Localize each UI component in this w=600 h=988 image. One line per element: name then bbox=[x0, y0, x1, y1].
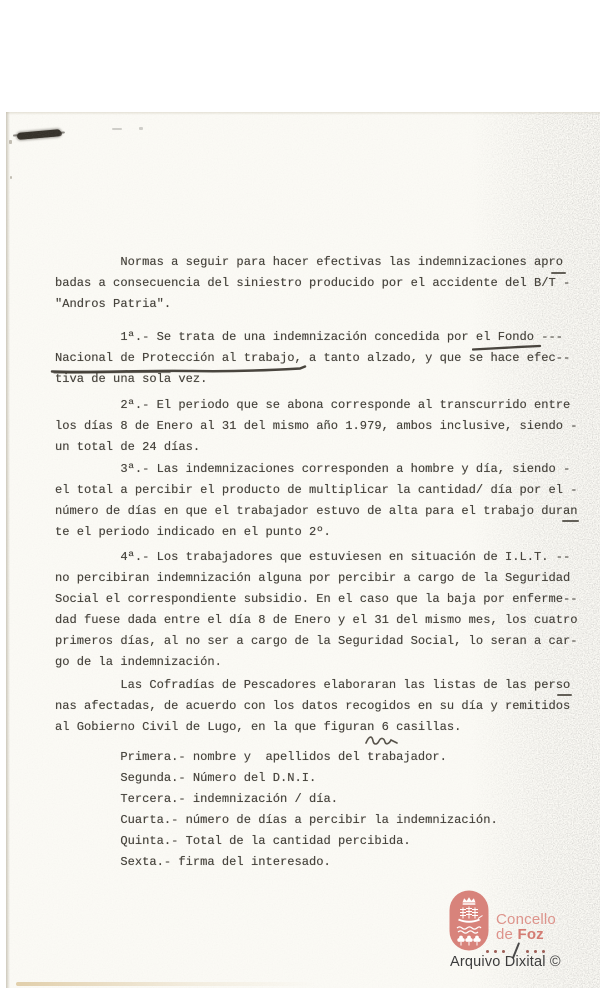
document-line: 3ª.- Las indemnizaciones corresponden a … bbox=[55, 459, 578, 480]
document-paragraph: Primera.- nombre y apellidos del trabaja… bbox=[55, 747, 578, 873]
document-paragraph: 1ª.- Se trata de una indemnización conce… bbox=[55, 327, 578, 390]
document-line: no percibiran indemnización alguna por p… bbox=[55, 568, 578, 589]
org-name-line2: de Foz bbox=[496, 927, 556, 942]
document-line: badas a consecuencia del siniestro produ… bbox=[55, 273, 578, 294]
ink-underline-nacional bbox=[50, 364, 308, 376]
document-paragraph: Normas a seguir para hacer efectivas las… bbox=[55, 252, 578, 315]
document-line: Tercera.- indemnización / día. bbox=[55, 789, 578, 810]
paper-left-edge bbox=[6, 112, 10, 988]
document-line: Normas a seguir para hacer efectivas las… bbox=[55, 252, 578, 273]
document-line: nas afectadas, de acuerdo con los datos … bbox=[55, 696, 578, 717]
ink-underline-fondo bbox=[472, 344, 542, 352]
document-line: 4ª.- Los trabajadores que estuviesen en … bbox=[55, 547, 578, 568]
document-line: te el periodo indicado en el punto 2º. bbox=[55, 522, 578, 543]
document-paragraph: 2ª.- El periodo que se abona corresponde… bbox=[55, 395, 578, 458]
edge-speck bbox=[10, 176, 12, 179]
faint-smudge bbox=[112, 128, 122, 130]
document-paragraph: 4ª.- Los trabajadores que estuviesen en … bbox=[55, 547, 578, 673]
hyphenation-underscore bbox=[557, 694, 572, 696]
document-line: número de días en que el trabajador estu… bbox=[55, 501, 578, 522]
handwritten-scribble bbox=[364, 733, 400, 749]
document-line: los días 8 de Enero al 31 del mismo año … bbox=[55, 416, 578, 437]
document-line: el total a percibir el producto de multi… bbox=[55, 480, 578, 501]
org-name-line1: Concello bbox=[496, 912, 556, 927]
document-line: Social el correspondiente subsidio. En e… bbox=[55, 589, 578, 610]
document-line: Cuarta.- número de días a percibir la in… bbox=[55, 810, 578, 831]
concello-foz-crest-icon bbox=[449, 890, 489, 951]
paper-top-edge bbox=[6, 112, 600, 115]
archive-watermark: Concello de Foz Arquivo Dixital © bbox=[446, 888, 596, 978]
document-line: Las Cofradías de Pescadores elaboraran l… bbox=[55, 675, 578, 696]
org-name: Concello de Foz bbox=[496, 912, 556, 942]
document-line: Primera.- nombre y apellidos del trabaja… bbox=[55, 747, 578, 768]
document-line: Sexta.- firma del interesado. bbox=[55, 852, 578, 873]
document-line: Segunda.- Número del D.N.I. bbox=[55, 768, 578, 789]
scanned-document-page: Normas a seguir para hacer efectivas las… bbox=[0, 0, 600, 988]
document-line: Quinta.- Total de la cantidad percibida. bbox=[55, 831, 578, 852]
document-line: al Gobierno Civil de Lugo, en la que fig… bbox=[55, 717, 578, 738]
paper-bottom-edge bbox=[16, 982, 316, 986]
document-line: "Andros Patria". bbox=[55, 294, 578, 315]
document-paragraph: Las Cofradías de Pescadores elaboraran l… bbox=[55, 675, 578, 738]
document-line: primeros días, al no ser a cargo de la S… bbox=[55, 631, 578, 652]
document-line: 2ª.- El periodo que se abona corresponde… bbox=[55, 395, 578, 416]
hyphenation-underscore bbox=[551, 272, 566, 274]
hyphenation-underscore bbox=[562, 520, 579, 522]
archive-credit: Arquivo Dixital © bbox=[450, 954, 595, 970]
document-line: un total de 24 días. bbox=[55, 437, 578, 458]
edge-speck bbox=[9, 140, 12, 144]
document-line: dad fuese dada entre el día 8 de Enero y… bbox=[55, 610, 578, 631]
document-paragraph: 3ª.- Las indemnizaciones corresponden a … bbox=[55, 459, 578, 543]
document-line: go de la indemnización. bbox=[55, 652, 578, 673]
faint-smudge bbox=[139, 127, 143, 130]
